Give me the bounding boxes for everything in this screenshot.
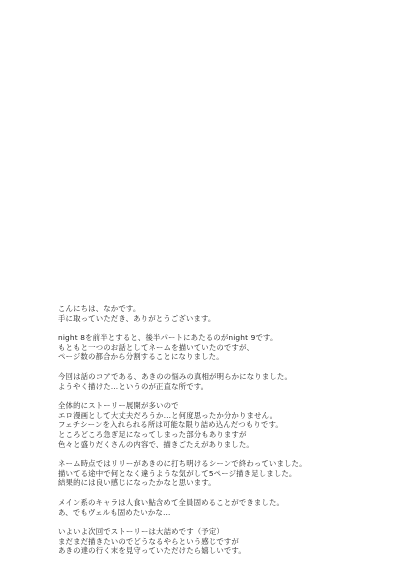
paragraph-core-story: 今回は話のコアである、あきのの悩みの真相が明らかになりました。 ようやく描けた…… (58, 372, 378, 391)
text-line: メイン系のキャラは人食い鮎含めて全員固めることができました。 (58, 498, 378, 508)
text-line: 全体的にストーリー展開が多いので (58, 401, 378, 411)
paragraph-greeting: こんにちは、なかです。 手に取っていただき、ありがとうございます。 (58, 304, 378, 323)
paragraph-content-notes: 全体的にストーリー展開が多いので エロ漫画として大丈夫だろうか…と何度思ったか分… (58, 401, 378, 449)
text-line: まだまだ描きたいのでどうなるやらという感じですが (58, 537, 378, 547)
document-page: こんにちは、なかです。 手に取っていただき、ありがとうございます。 night … (0, 0, 400, 565)
paragraph-name-stage: ネーム時点ではリリーがあきのに打ち明けるシーンで終わっていました。 描いてる途中… (58, 459, 378, 488)
text-line: もともと一つのお話としてネームを描いていたのですが、 (58, 343, 378, 353)
text-line: ページ数の都合から分割することになりました。 (58, 352, 378, 362)
text-line: こんにちは、なかです。 (58, 304, 378, 314)
text-line: 描いてる途中で何となく違うような気がして5ページ描き足しました。 (58, 469, 378, 479)
text-line: エロ漫画として大丈夫だろうか…と何度思ったか分かりません。 (58, 411, 378, 421)
text-line: ネーム時点ではリリーがあきのに打ち明けるシーンで終わっていました。 (58, 459, 378, 469)
text-line: 今回は話のコアである、あきのの悩みの真相が明らかになりました。 (58, 372, 378, 382)
text-line: 手に取っていただき、ありがとうございます。 (58, 314, 378, 324)
paragraph-characters: メイン系のキャラは人食い鮎含めて全員固めることができました。 あ、でもヴェルも固… (58, 498, 378, 517)
text-line: 結果的には良い感じになったかなと思います。 (58, 478, 378, 488)
text-line: night 8を前半とすると、後半パートにあたるのがnight 9です。 (58, 333, 378, 343)
text-line: あきの達の行く末を見守っていただけたら嬉しいです。 (58, 546, 378, 556)
paragraph-story-split: night 8を前半とすると、後半パートにあたるのがnight 9です。 もとも… (58, 333, 378, 362)
text-line: 色々と盛りだくさんの内容で、描きごたえがありました。 (58, 440, 378, 450)
paragraph-next-time: いよいよ次回でストーリーは大詰めです（予定） まだまだ描きたいのでどうなるやらと… (58, 527, 378, 556)
text-line: ところどころ急ぎ足になってしまった部分もありますが (58, 430, 378, 440)
text-line: フェチシーンを入れられる所は可能な限り詰め込んだつもりです。 (58, 420, 378, 430)
text-line: ようやく描けた…というのが正直な所です。 (58, 382, 378, 392)
text-line: あ、でもヴェルも固めたいかな… (58, 508, 378, 518)
afterword-text-block: こんにちは、なかです。 手に取っていただき、ありがとうございます。 night … (58, 304, 378, 565)
text-line: いよいよ次回でストーリーは大詰めです（予定） (58, 527, 378, 537)
